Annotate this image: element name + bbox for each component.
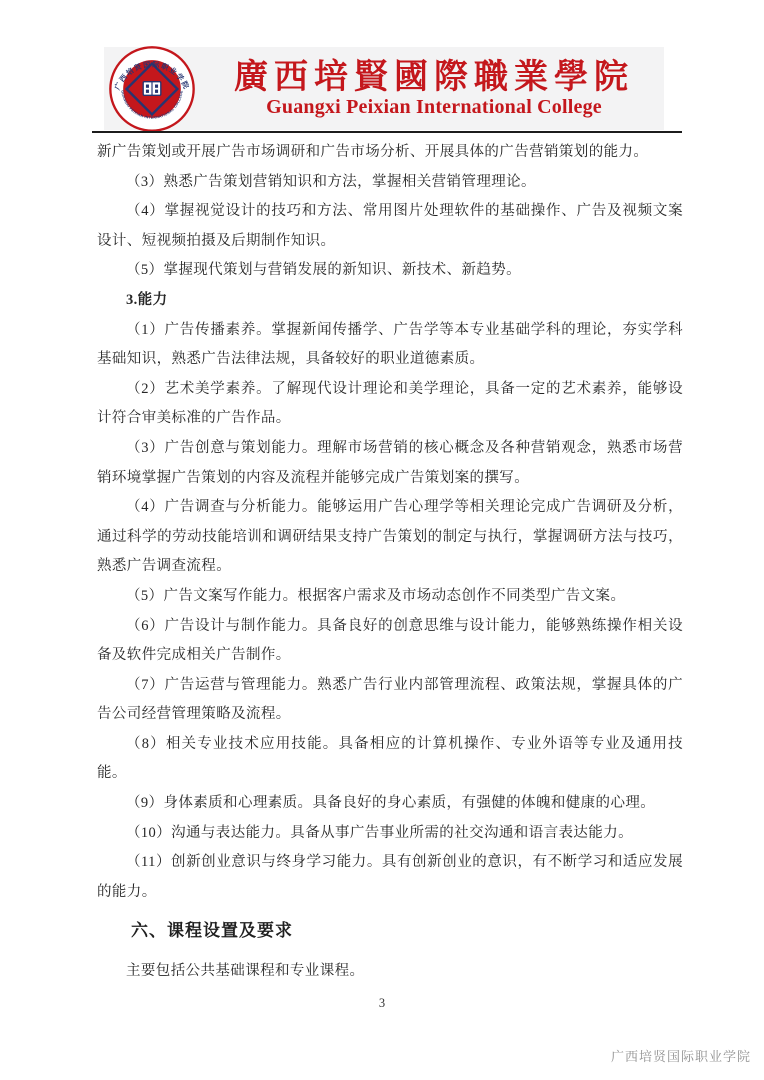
body-paragraph: （2）艺术美学素养。了解现代设计理论和美学理论，具备一定的艺术素养，能够设计符合… [97, 375, 683, 434]
header-divider [92, 131, 682, 133]
body-paragraph: （5）广告文案写作能力。根据客户需求及市场动态创作不同类型广告文案。 [97, 582, 683, 612]
body-paragraph: （4）广告调查与分析能力。能够运用广告心理学等相关理论完成广告调研及分析，通过科… [97, 493, 683, 582]
document-body: 新广告策划或开展广告市场调研和广告市场分析、开展具体的广告营销策划的能力。（3）… [97, 138, 683, 987]
college-seal-logo: 广西培贤国际职业学院 GUANGXI PEIXIAN INTERNATIONAL… [108, 45, 196, 133]
body-paragraph: （10）沟通与表达能力。具备从事广告事业所需的社交沟通和语言表达能力。 [97, 819, 683, 849]
body-paragraph: （11）创新创业意识与终身学习能力。具有创新创业的意识，有不断学习和适应发展的能… [97, 848, 683, 907]
body-paragraph: （9）身体素质和心理素质。具备良好的身心素质，有强健的体魄和健康的心理。 [97, 789, 683, 819]
page-number: 3 [0, 996, 764, 1011]
body-paragraph: （8）相关专业技术应用技能。具备相应的计算机操作、专业外语等专业及通用技能。 [97, 730, 683, 789]
section-heading: 六、课程设置及要求 [97, 912, 683, 950]
body-paragraph: （4）掌握视觉设计的技巧和方法、常用图片处理软件的基础操作、广告及视频文案设计、… [97, 197, 683, 256]
body-paragraph: （3）广告创意与策划能力。理解市场营销的核心概念及各种营销观念，熟悉市场营销环境… [97, 434, 683, 493]
body-paragraph: （3）熟悉广告策划营销知识和方法，掌握相关营销管理理论。 [97, 168, 683, 198]
body-paragraph: 新广告策划或开展广告市场调研和广告市场分析、开展具体的广告营销策划的能力。 [97, 138, 683, 168]
open-book-icon [143, 81, 161, 95]
college-header: 广西培贤国际职业学院 GUANGXI PEIXIAN INTERNATIONAL… [104, 47, 664, 130]
college-name-chinese: 廣西培賢國際職業學院 [204, 59, 664, 95]
document-page: 广西培贤国际职业学院 GUANGXI PEIXIAN INTERNATIONAL… [0, 0, 764, 1080]
body-paragraph: （1）广告传播素养。掌握新闻传播学、广告学等本专业基础学科的理论，夯实学科基础知… [97, 316, 683, 375]
body-paragraph: （6）广告设计与制作能力。具备良好的创意思维与设计能力，能够熟练操作相关设备及软… [97, 612, 683, 671]
body-paragraph: 主要包括公共基础课程和专业课程。 [97, 957, 683, 987]
body-paragraph: （5）掌握现代策划与营销发展的新知识、新技术、新趋势。 [97, 256, 683, 286]
college-watermark: 广西培贤国际职业学院 [611, 1046, 751, 1065]
college-title-block: 廣西培賢國際職業學院 Guangxi Peixian International… [204, 59, 664, 119]
sub-section-heading: 3.能力 [97, 286, 683, 316]
college-name-english: Guangxi Peixian International College [204, 95, 664, 119]
body-paragraph: （7）广告运营与管理能力。熟悉广告行业内部管理流程、政策法规，掌握具体的广告公司… [97, 671, 683, 730]
